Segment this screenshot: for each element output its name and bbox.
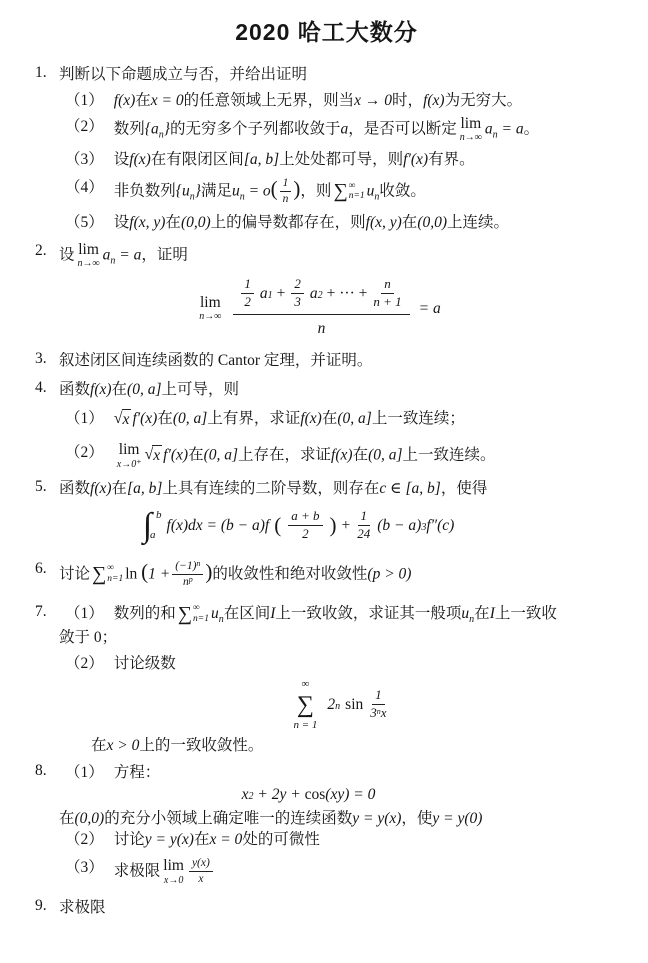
question-5: 5. 函数f(x)在[a, b]上具有连续的二阶导数，则存在c ∈ [a, b]… bbox=[35, 476, 618, 544]
page-title: 2020 哈工大数分 bbox=[35, 16, 618, 48]
question-3: 3. 叙述闭区间连续函数的 Cantor 定理，并证明。 bbox=[35, 348, 618, 372]
q6-head: 讨论∑∞n=1ln (1 +(−1)nnp)的收敛性和绝对收敛性(p > 0) bbox=[59, 560, 618, 589]
inline-fraction: 1n bbox=[280, 177, 292, 206]
question-number: 2. bbox=[35, 240, 59, 340]
question-8: 8. （1）方程： x2 + 2y + cos(xy) = 0 在(0,0)的充… bbox=[35, 760, 618, 886]
q1-item-2: （2） 数列{an}的无穷多个子列都收敛于a，是否可以断定limn→∞an = … bbox=[65, 116, 618, 144]
q7-item-1: （1）数列的和∑∞n=1un在区间I上一致收敛，求证其一般项un在I上一致收 bbox=[65, 603, 618, 625]
q1-head: 判断以下命题成立与否，并给出证明 bbox=[59, 64, 618, 86]
limit-operator: limn→∞ bbox=[78, 242, 100, 270]
display-formula-q5: ∫ba f(x)dx = (b − a)f ( a + b2 ) + 124 (… bbox=[59, 508, 538, 544]
sqrt-radical: √x bbox=[144, 445, 162, 466]
item-number: （1） bbox=[65, 605, 104, 622]
left-paren: ( bbox=[271, 176, 278, 200]
item-number: （3） bbox=[65, 857, 104, 886]
q8-item-2: （2） 讨论y = y(x)在x = 0处的可微性 bbox=[65, 829, 618, 851]
item-number: （2） bbox=[65, 829, 104, 851]
question-9: 9. 求极限 bbox=[35, 895, 618, 919]
item-number: （1） bbox=[65, 764, 104, 781]
question-number: 7. bbox=[35, 601, 59, 756]
integral-sign: ∫ba bbox=[143, 508, 162, 544]
q8-item-1: （1）方程： bbox=[65, 762, 618, 784]
limit-operator: limn→∞ bbox=[460, 116, 482, 144]
q9-head: 求极限 bbox=[59, 897, 618, 919]
sum-operator: ∞∑n = 1 bbox=[293, 679, 317, 731]
item-number: （3） bbox=[65, 149, 104, 171]
item-number: （1） bbox=[65, 408, 104, 430]
q8-line2: 在(0,0)的充分小领域上确定唯一的连续函数y = y(x)，使y = y(0) bbox=[59, 808, 618, 830]
q7-item-2: （2） 讨论级数 bbox=[65, 653, 618, 675]
inline-fraction: (−1)nnp bbox=[172, 560, 203, 589]
question-number: 4. bbox=[35, 377, 59, 470]
q5-head: 函数f(x)在[a, b]上具有连续的二阶导数，则存在c ∈ [a, b]，使得 bbox=[59, 478, 618, 500]
question-number: 8. bbox=[35, 760, 59, 886]
q1-item-4: （4） 非负数列{un}满足un = o(1n)，则∑∞n=1un收敛。 bbox=[65, 177, 618, 206]
limit-operator: limn→∞ bbox=[199, 295, 221, 323]
q1-item-5: （5） 设f(x, y)在(0,0)上的偏导数都存在，则f(x, y)在(0,0… bbox=[65, 212, 618, 234]
left-paren: ( bbox=[274, 515, 281, 536]
exam-document: 2020 哈工大数分 1. 判断以下命题成立与否，并给出证明 （1） f(x)在… bbox=[0, 0, 648, 963]
question-number: 6. bbox=[35, 558, 59, 589]
big-fraction: 12 a1 + 23 a2 + ··· + nn + 1 n bbox=[233, 277, 409, 340]
inline-fraction: nn + 1 bbox=[373, 277, 401, 310]
question-1: 1. 判断以下命题成立与否，并给出证明 （1） f(x)在x = 0的任意领域上… bbox=[35, 62, 618, 234]
display-formula-q2: limn→∞ 12 a1 + 23 a2 + ··· + nn + 1 n = … bbox=[59, 277, 578, 340]
item-number: （2） bbox=[65, 116, 104, 144]
question-number: 5. bbox=[35, 476, 59, 544]
sum-operator: ∑∞n=1 bbox=[92, 563, 123, 585]
q4-item-2: （2） limx→0⁺√xf′(x)在(0, a]上存在，求证f(x)在(0, … bbox=[65, 442, 618, 470]
question-number: 3. bbox=[35, 348, 59, 372]
q1-item-1: （1） f(x)在x = 0的任意领域上无界，则当x → 0时，f(x)为无穷大… bbox=[65, 90, 618, 112]
inline-fraction: 23 bbox=[291, 277, 304, 310]
q1-item-3: （3） 设f(x)在有限闭区间[a, b]上处处都可导，则f′(x)有界。 bbox=[65, 149, 618, 171]
q2-head: 设limn→∞an = a，证明 bbox=[59, 242, 618, 270]
inline-fraction: 124 bbox=[357, 509, 370, 542]
sqrt-radical: √x bbox=[114, 409, 132, 430]
inline-fraction: 12 bbox=[241, 277, 254, 310]
inline-fraction: a + b2 bbox=[288, 509, 322, 542]
right-paren: ) bbox=[330, 515, 337, 536]
question-6: 6. 讨论∑∞n=1ln (1 +(−1)nnp)的收敛性和绝对收敛性(p > … bbox=[35, 558, 618, 589]
q3-head: 叙述闭区间连续函数的 Cantor 定理，并证明。 bbox=[59, 350, 618, 372]
question-number: 9. bbox=[35, 895, 59, 919]
question-4: 4. 函数f(x)在(0, a]上可导，则 （1） √xf′(x)在(0, a]… bbox=[35, 377, 618, 470]
question-7: 7. （1）数列的和∑∞n=1un在区间I上一致收敛，求证其一般项un在I上一致… bbox=[35, 601, 618, 756]
item-number: （4） bbox=[65, 177, 104, 206]
item-number: （1） bbox=[65, 90, 104, 112]
question-2: 2. 设limn→∞an = a，证明 limn→∞ 12 a1 + 23 a2… bbox=[35, 240, 618, 340]
sum-operator: ∑∞n=1 bbox=[178, 603, 209, 625]
item-number: （2） bbox=[65, 442, 104, 470]
q7-item-1-wrap: 敛于 0； bbox=[59, 627, 618, 649]
inline-fraction: 13nx bbox=[370, 688, 386, 721]
question-number: 1. bbox=[35, 62, 59, 234]
limit-operator: limx→0⁺ bbox=[117, 442, 142, 470]
item-number: （2） bbox=[65, 653, 104, 675]
display-formula-q8: x2 + 2y + cos(xy) = 0 bbox=[59, 784, 558, 806]
inline-fraction: y(x)x bbox=[189, 857, 213, 886]
q4-item-1: （1） √xf′(x)在(0, a]上有界，求证f(x)在(0, a]上一致连续… bbox=[65, 408, 618, 430]
item-number: （5） bbox=[65, 212, 104, 234]
q4-head: 函数f(x)在(0, a]上可导，则 bbox=[59, 379, 618, 401]
limit-operator: limx→0 bbox=[163, 858, 184, 886]
q8-item-3: （3） 求极限limx→0y(x)x bbox=[65, 857, 618, 886]
sum-operator: ∑∞n=1 bbox=[333, 181, 364, 203]
display-formula-q7: ∞∑n = 1 2n sin 13nx bbox=[59, 679, 618, 731]
q7-tail: 在x > 0上的一致收敛性。 bbox=[91, 735, 618, 757]
